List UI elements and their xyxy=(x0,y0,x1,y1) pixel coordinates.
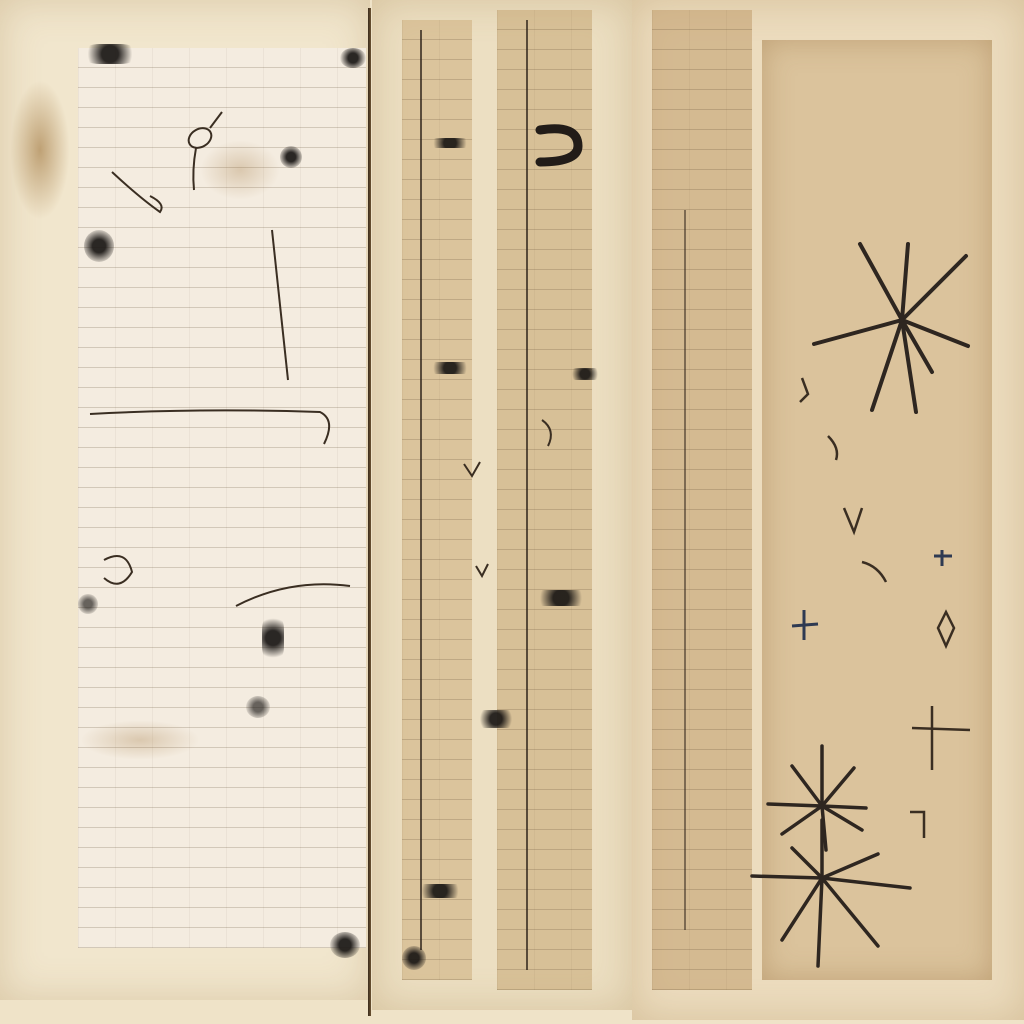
starfish-sketch xyxy=(814,244,968,412)
right-page xyxy=(632,0,1024,1020)
star-sketch-lower xyxy=(752,820,910,966)
manuscript-scene xyxy=(0,0,1024,1024)
right-sketches xyxy=(632,0,1024,1020)
blue-ink-marks xyxy=(792,550,952,640)
left-page xyxy=(0,0,370,1000)
star-sketch-upper xyxy=(768,746,866,850)
small-symbols xyxy=(800,378,970,838)
book-spine xyxy=(368,8,371,1016)
middle-sketches xyxy=(372,0,632,1010)
left-sketches xyxy=(0,0,370,1000)
hook-glyph xyxy=(540,129,578,162)
middle-page xyxy=(372,0,632,1010)
